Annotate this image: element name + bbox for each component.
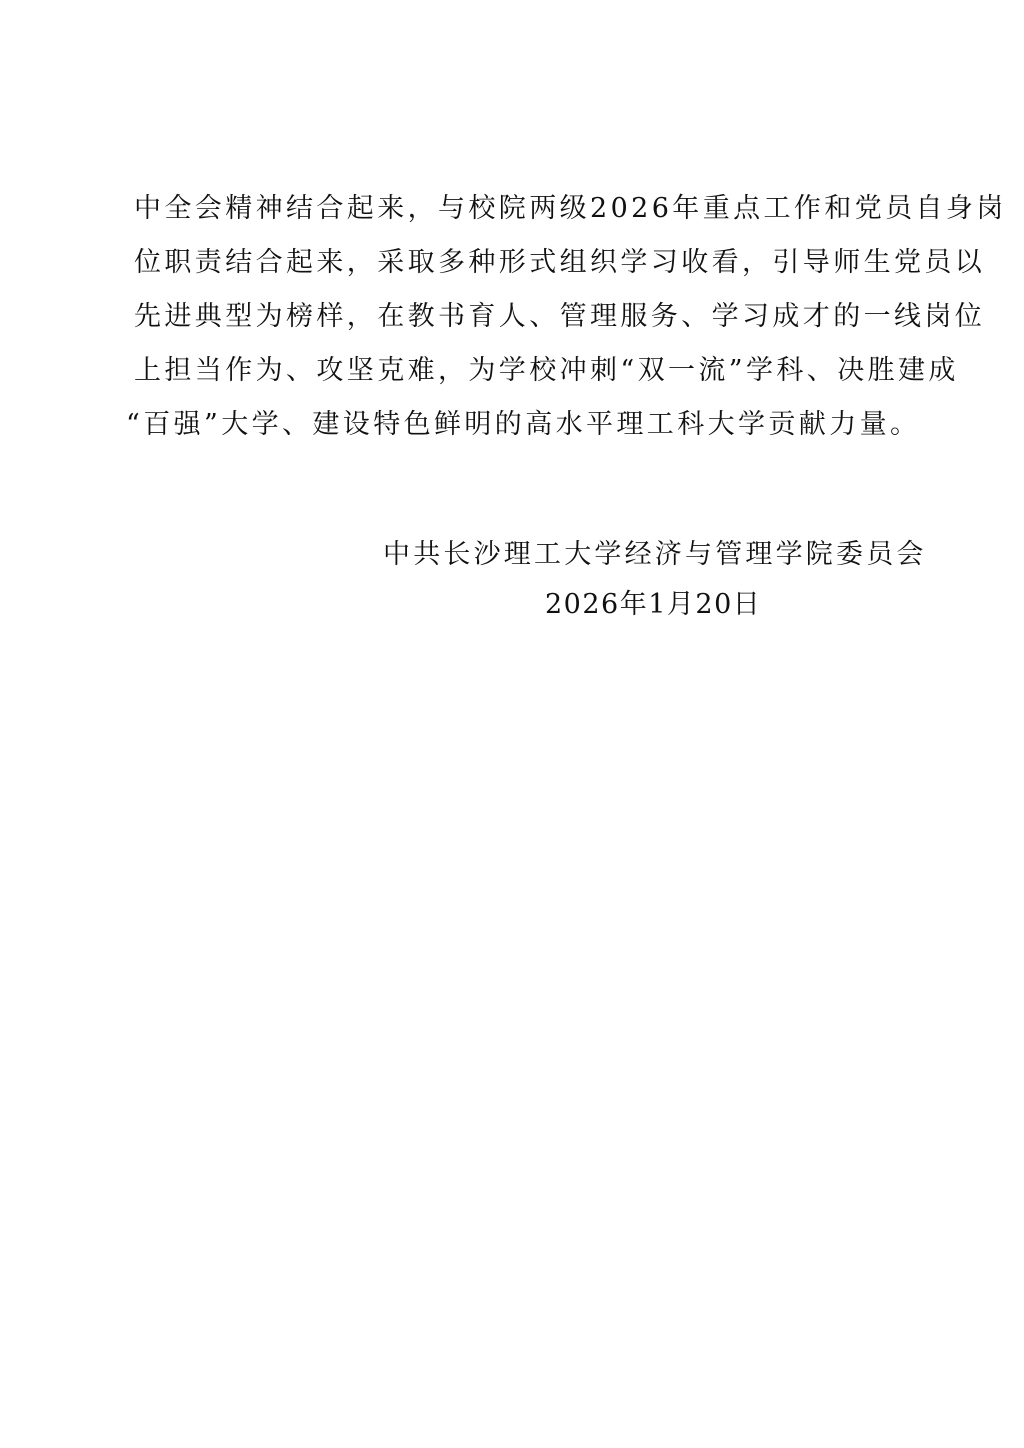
paragraph-line: “百强”大学、建设特色鲜明的高水平理工科大学贡献力量。 [126,402,898,456]
signature-block: 中共长沙理工大学经济与管理学院委员会 2026年1月20日 [383,532,883,628]
paragraph-line: 上担当作为、攻坚克难，为学校冲刺“双一流”学科、决胜建成 [134,348,898,402]
paragraph-line: 位职责结合起来，采取多种形式组织学习收看，引导师生党员以 [134,240,898,294]
document-page: 中全会精神结合起来，与校院两级2026年重点工作和党员自身岗 位职责结合起来，采… [0,0,1024,1448]
paragraph-line: 中全会精神结合起来，与校院两级2026年重点工作和党员自身岗 [134,186,898,240]
signature-organization: 中共长沙理工大学经济与管理学院委员会 [383,532,883,578]
signature-date: 2026年1月20日 [545,582,883,628]
body-paragraph: 中全会精神结合起来，与校院两级2026年重点工作和党员自身岗 位职责结合起来，采… [134,186,898,456]
paragraph-line: 先进典型为榜样，在教书育人、管理服务、学习成才的一线岗位 [134,294,898,348]
